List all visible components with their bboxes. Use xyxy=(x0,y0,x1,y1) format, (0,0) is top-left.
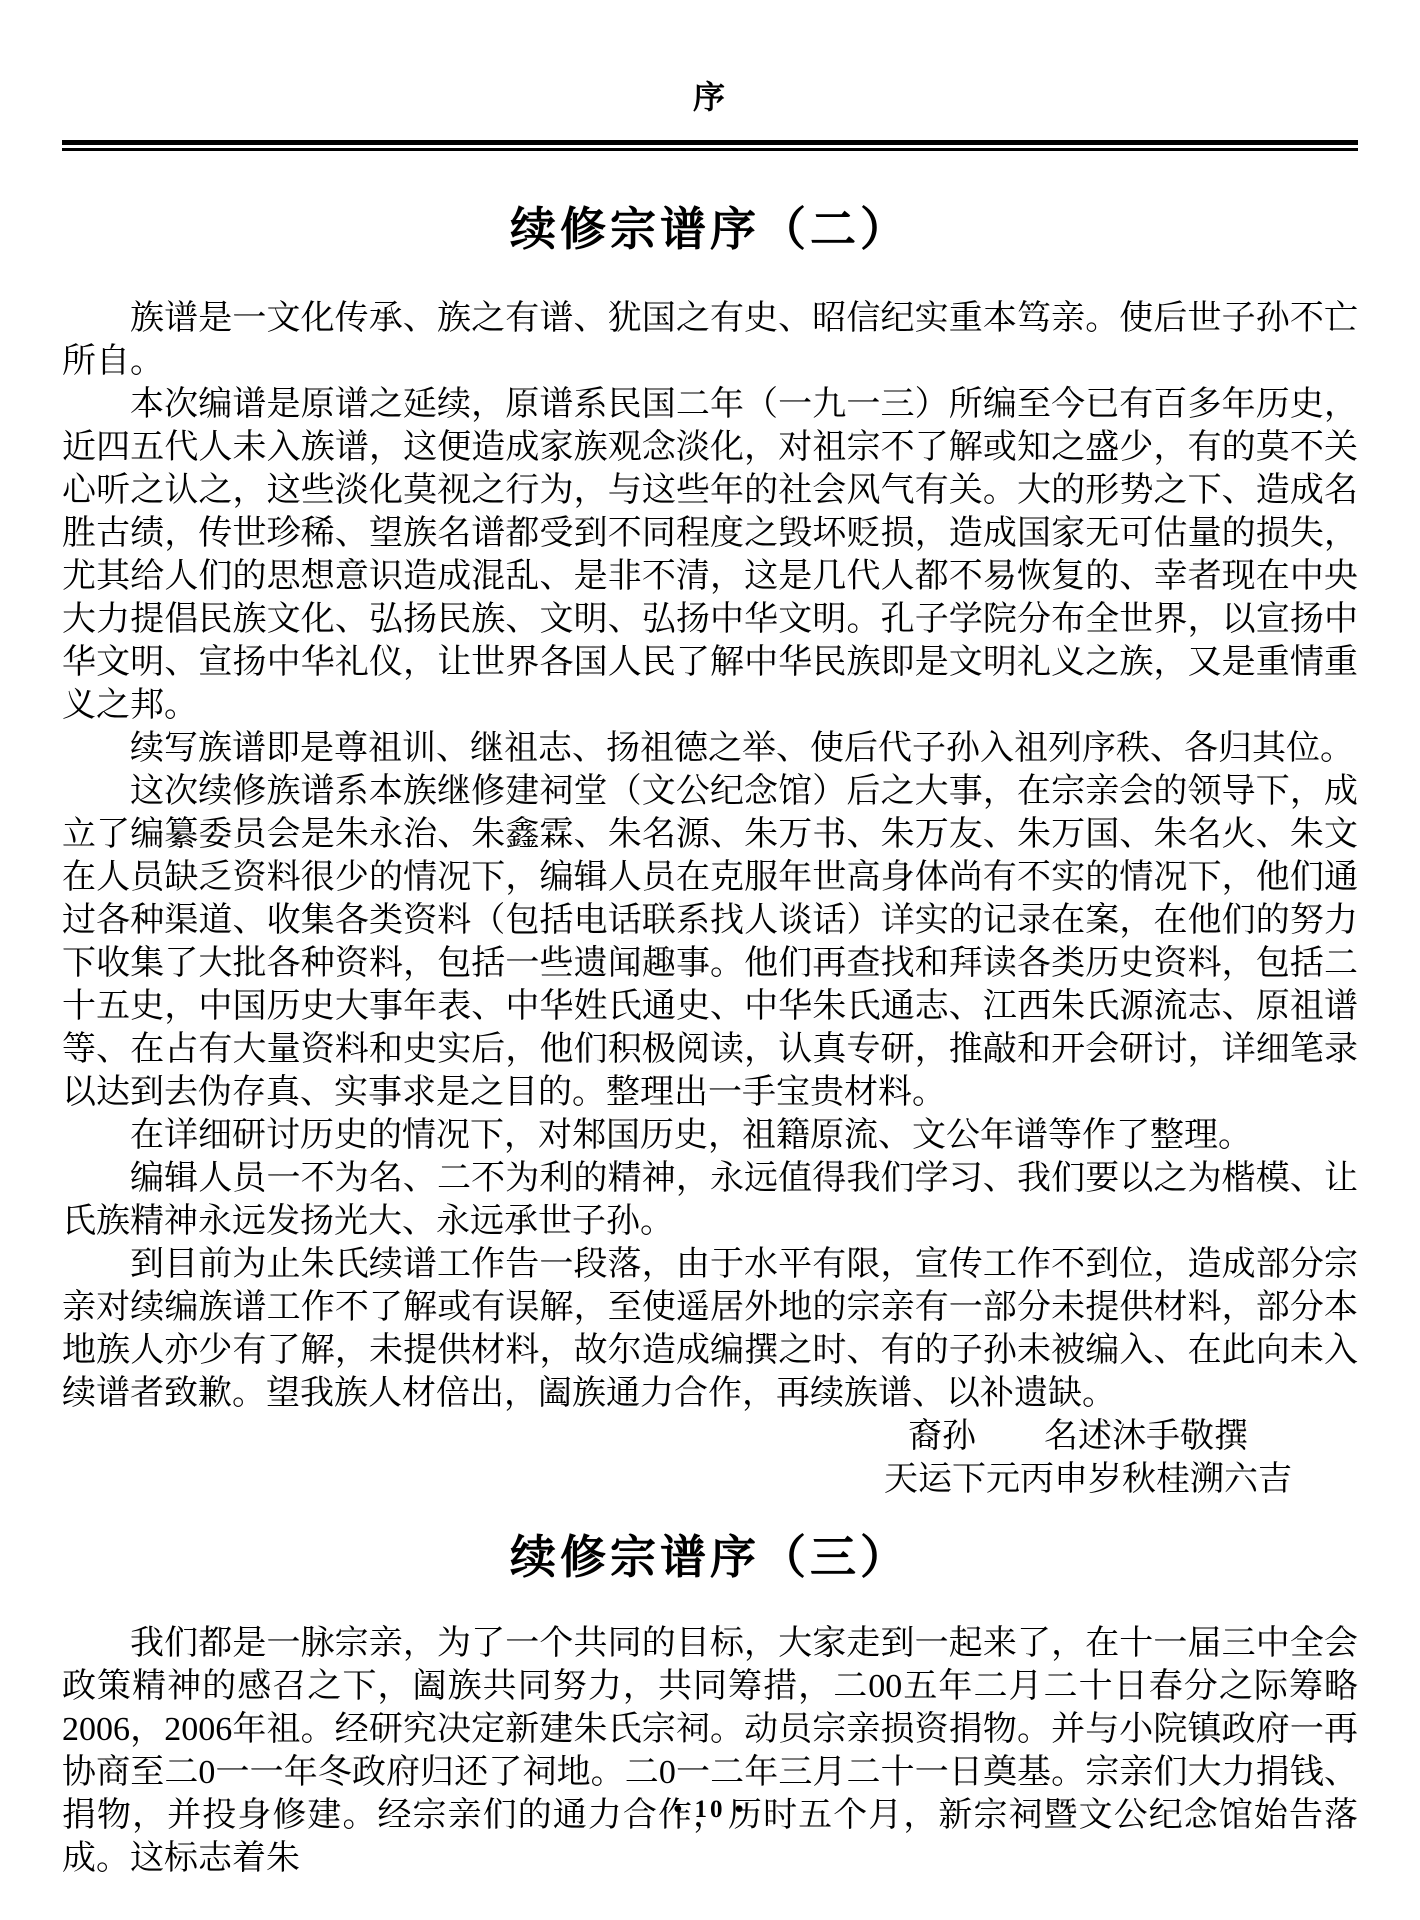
paragraph: 这次续修族谱系本族继修建祠堂（文公纪念馆）后之大事，在宗亲会的领导下，成立了编纂… xyxy=(62,770,1358,1114)
signature-block: 裔孙 名述沐手敬撰 天运下元丙申岁秋桂溯六吉 xyxy=(62,1415,1358,1501)
header-double-rule xyxy=(62,140,1358,151)
paragraph: 在详细研讨历史的情况下，对邾国历史，祖籍原流、文公年谱等作了整理。 xyxy=(62,1114,1358,1157)
document-page: 序 续修宗谱序（二） 族谱是一文化传承、族之有谱、犹国之有史、昭信纪实重本笃亲。… xyxy=(0,0,1420,1920)
signature-date-line: 天运下元丙申岁秋桂溯六吉 xyxy=(62,1458,1358,1501)
paragraph: 本次编谱是原谱之延续，原谱系民国二年（一九一三）所编至今已有百多年历史，近四五代… xyxy=(62,383,1358,727)
section-title-preface-2: 续修宗谱序（二） xyxy=(0,201,1420,259)
signature-author-line: 裔孙 名述沐手敬撰 xyxy=(62,1415,1358,1458)
preface-3-body: 我们都是一脉宗亲，为了一个共同的目标，大家走到一起来了，在十一届三中全会政策精神… xyxy=(62,1622,1358,1880)
preface-2-body: 族谱是一文化传承、族之有谱、犹国之有史、昭信纪实重本笃亲。使后世子孙不亡所自。 … xyxy=(62,297,1358,1415)
page-number: • 10 • xyxy=(0,1796,1420,1824)
paragraph: 编辑人员一不为名、二不为利的精神，永远值得我们学习、我们要以之为楷模、让氏族精神… xyxy=(62,1157,1358,1243)
paragraph: 续写族谱即是尊祖训、继祖志、扬祖德之举、使后代子孙入祖列序秩、各归其位。 xyxy=(62,727,1358,770)
section-title-preface-3: 续修宗谱序（三） xyxy=(0,1529,1420,1587)
page-header-title: 序 xyxy=(0,0,1420,116)
paragraph: 到目前为止朱氏续谱工作告一段落，由于水平有限，宣传工作不到位，造成部分宗亲对续编… xyxy=(62,1243,1358,1415)
paragraph: 我们都是一脉宗亲，为了一个共同的目标，大家走到一起来了，在十一届三中全会政策精神… xyxy=(62,1622,1358,1880)
paragraph: 族谱是一文化传承、族之有谱、犹国之有史、昭信纪实重本笃亲。使后世子孙不亡所自。 xyxy=(62,297,1358,383)
